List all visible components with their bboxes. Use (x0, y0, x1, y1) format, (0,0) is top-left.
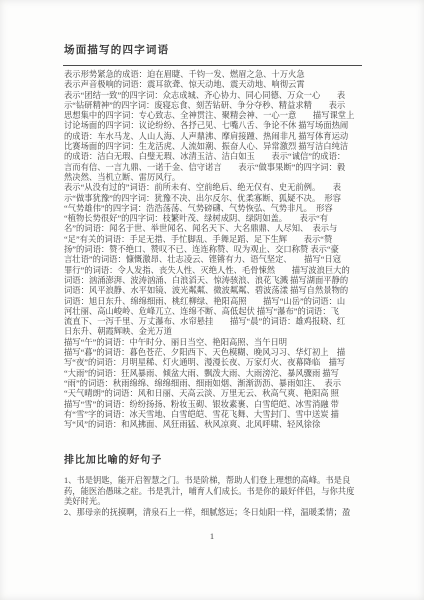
text-line: 的成语：洁白无瑕、白璧无瑕、冰清玉洁、洁白如玉 表示“诚信”的成语： (64, 152, 363, 162)
text-line: 美好时光。 (64, 497, 363, 507)
text-line: 讨论场面的四字词：议论纷纷、各抒己见、七嘴八舌、争论不休 描写场面热闹 (64, 121, 363, 131)
text-line: 表示“团结一致”的四字词：众志成城、齐心协力、同心同德、万众一心 表 (64, 91, 363, 101)
text-line: 的成语：车水马龙、人山人海、人声鼎沸、摩肩接踵、热闹非凡 描写体育运动 (64, 132, 363, 142)
text-line: “大雨”的词语：狂风暴雨、倾盆大雨、飘泼大雨、大雨滂沱、暴风骤雨 描写 (64, 369, 363, 379)
text-line: “天气晴朗”的词语：风和日丽、天高云淡、万里无云、秋高气爽、艳阳高 照 (64, 389, 363, 399)
text-line: 词语：风平浪静、水平如镜、波光粼粼、微波粼粼、碧波荡漾 描写自然景物的 (64, 286, 363, 296)
page-number: 1 (0, 531, 424, 541)
text-line: 写“风”的词语：和风拂面、风狂雨猛、秋风凉爽、北风呼啸、轻风徐徐 (64, 420, 363, 430)
document-page: 场面描写的四字词语 表示形势紧急的成语：迫在眉睫、千钧一发、燃眉之急、十万火急表… (0, 0, 424, 600)
title-underline (63, 65, 362, 66)
text-line: 示“做事犹豫”的四字词：犹豫不决、出尔反尔、优柔寡断、狐疑不决。 形容 (64, 194, 363, 204)
text-line: 1、书是钥匙，能开启智慧之门。书是阶梯，帮助人们登上理想的高峰。书是良 (64, 476, 363, 486)
text-line: 2、那母亲的抚摸啊，清泉石上一样，细腻悠远；冬日灿阳一样，温暖柔情；盈 (64, 508, 363, 518)
text-line: “植物长势很好”的四字词：枝繁叶茂、绿树成阴、绿阴如盖。 表示“有 (64, 214, 363, 224)
text-line: 日东升、朝霞辉映、金光万道 (64, 327, 363, 337)
text-line: 河壮丽、高山峻岭、危峰兀立、连绵不断、高低起伏 描写“瀑布”的词语：飞 (64, 307, 363, 317)
text-line: 然决然、当机立断、雷厉风行。 (64, 173, 363, 183)
text-line: 思想集中的四字词：专心致志、全神贯注、聚精会神、一心一意 描写课堂上 (64, 111, 363, 121)
text-line: 言壮语”的词语：慷慨激昂、壮志凌云、铿锵有力、语气坚定、 描写“日寇 (64, 255, 363, 265)
section1-body: 表示形势紧急的成语：迫在眉睫、千钧一发、燃眉之急、十万火急表示声音极响的词语：震… (64, 70, 363, 430)
text-line: 比赛场面的四字词：生龙活虎、人流如潮、振奋人心、异常激烈 描写洁白纯洁 (64, 142, 363, 152)
text-line: 写“夜”的词语：月明星稀、灯火通明、漫漫长夜、万家灯火、夜幕降临 描写 (64, 358, 363, 368)
section2-heading: 排比加比喻的好句子 (64, 454, 363, 468)
text-line: 言而有信、一言九鼎、一诺千金、信守诺言 表示“做事果断”的四字词：毅 (64, 163, 363, 173)
text-line: “雨”的词语：秋雨绵绵、绵绵细雨、细雨如烟、渐渐沥沥、暴雨如注、 表示 (64, 379, 363, 389)
text-line: 有“雪”字的词语：冰天雪地、白雪皑皑、雪花飞舞、大雪封门、雪中送炭 描 (64, 410, 363, 420)
text-line: 描写“午”的词语：中午时分、丽日当空、艳阳高照、当午日明 (64, 338, 363, 348)
text-line: 描写“暮”的词语：暮色苍茫、夕阳西下、天色模糊、晚风习习、华灯初上 描 (64, 348, 363, 358)
text-line: 流直下、一泻千里、万丈瀑布、水帘悬挂 描写“晨”的词语：雄鸡报晓、红 (64, 317, 363, 327)
text-line: 词语：汹涌澎湃、波涛汹涌、白浪滔天、惊涛骇浪、浪花飞溅 描写湖面平静的 (64, 276, 363, 286)
text-line: 罪行”的词语：令人发指、丧失人性、灭绝人性、毛骨悚然 描写波浪巨大的 (64, 266, 363, 276)
text-line: 词语：旭日东升、绵绵细雨、桃红柳绿、艳阳高照 描写“山岳”的词语：山 (64, 297, 363, 307)
text-line: 药，能医治愚昧之症。书是乳汁，哺育人们成长。书是你的最好伴侣，与你共度 (64, 487, 363, 497)
section2-body: 1、书是钥匙，能开启智慧之门。书是阶梯，帮助人们登上理想的高峰。书是良药，能医治… (64, 476, 363, 518)
text-line: 表示声音极响的词语：震耳欲聋、惊天动地、震天动地、响彻云霄 (64, 80, 363, 90)
text-line: 描写“雪”的词语：纷纷扬扬、粉妆玉砌、银妆素裹、白雪皑皑、冰雪消融 带 (64, 400, 363, 410)
text-line: 表示“从没有过的”词语：前所未有、空前绝后、绝无仅有、史无前例。 表 (64, 183, 363, 193)
text-line: “气势雄伟”的四字词：浩浩荡荡、气势磅礴、气势恢弘、气势非凡。 形容 (64, 204, 363, 214)
document-content: 场面描写的四字词语 表示形势紧急的成语：迫在眉睫、千钧一发、燃眉之急、十万火急表… (64, 44, 363, 518)
text-line: 扬”的词语：赞不绝口、赞叹不已、连连称赞、叹为观止、交口称赞 表示“豪 (64, 245, 363, 255)
text-line: “足”有关的词语：手足无措、手忙脚乱、手舞足蹈、足下生辉 表示“赞 (64, 235, 363, 245)
text-line: 示“钻研精神”的四字词：废寝忘食、刻苦钻研、争分夺秒、精益求精 表示 (64, 101, 363, 111)
document-title: 场面描写的四字词语 (64, 44, 363, 58)
text-line: 表示形势紧急的成语：迫在眉睫、千钧一发、燃眉之急、十万火急 (64, 70, 363, 80)
text-line: 名”的词语：闻名于世、举世闻名、闻名天下、大名鼎鼎、人尽知、 表示与 (64, 224, 363, 234)
